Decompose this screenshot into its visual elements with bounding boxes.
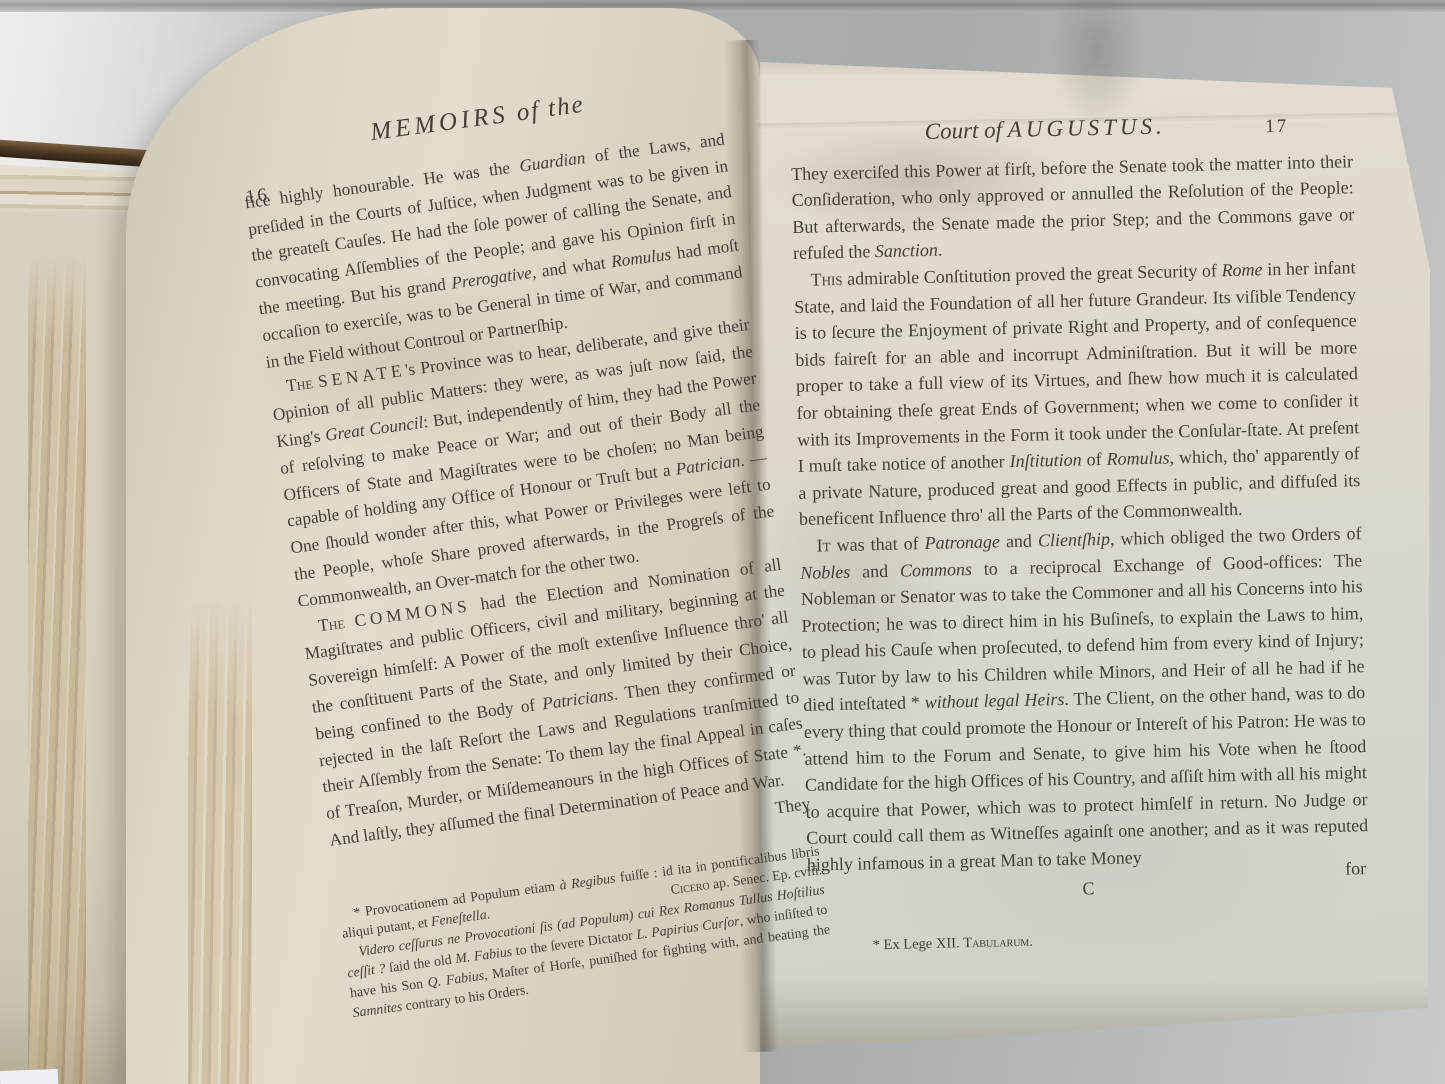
text-segment: Patricians: [541, 685, 615, 713]
text-segment: Romulus: [610, 245, 672, 272]
text-segment: Patronage: [924, 531, 1000, 553]
text-segment: Patrician: [675, 452, 742, 479]
catchword-right: for: [1345, 855, 1367, 882]
text-segment: Sanction: [875, 240, 938, 261]
right-page-body: They exerciſed this Power at firſt, befo…: [791, 148, 1369, 879]
left-page-body: fice highly honourable. He was the Guard…: [243, 126, 811, 854]
text-segment: of: [1081, 449, 1106, 470]
text-segment: Inſtitution: [1009, 450, 1081, 472]
text-segment: à Regibus: [558, 870, 616, 892]
text-segment: Clientſhip: [1038, 529, 1110, 551]
text-segment: without legal Heirs: [924, 689, 1064, 712]
text-segment: .: [1156, 114, 1162, 139]
fore-edge-band: [28, 255, 86, 1084]
text-segment: .: [938, 240, 943, 260]
text-segment: Q. Fabius: [427, 967, 485, 989]
text-segment: Rome: [1221, 259, 1262, 280]
signature-mark: C: [1082, 878, 1094, 898]
text-segment: .: [1029, 934, 1033, 950]
text-segment: AUGUSTUS: [1007, 114, 1156, 142]
text-segment: Tabularum: [963, 934, 1029, 951]
text-segment: admirable Conſtitution proved the great …: [842, 260, 1221, 289]
text-segment: was that of: [830, 533, 925, 555]
text-segment: Commons: [900, 558, 972, 580]
text-segment: Prerogative: [450, 263, 533, 293]
text-segment: Cicero: [670, 877, 711, 897]
text-segment: Nobles: [800, 561, 850, 582]
page-number-right: 17: [1265, 114, 1289, 141]
paper-chip: [0, 1069, 58, 1084]
text-segment: * Ex Lege XII.: [873, 936, 964, 954]
text-segment: .: [486, 907, 491, 922]
text-segment: Guardian: [518, 148, 586, 176]
text-segment: The: [317, 613, 346, 635]
page-number-left: 16: [244, 182, 270, 212]
text-segment: It: [816, 535, 830, 555]
paragraph: It was that of Patronage and Clientſhip,…: [799, 520, 1369, 878]
text-segment: in her infant State, and laid the Founda…: [794, 257, 1359, 476]
text-segment: The: [285, 373, 314, 395]
text-segment: Romulus: [1106, 448, 1169, 469]
text-segment: and: [1000, 530, 1038, 551]
text-segment: M. Fabius: [454, 944, 513, 966]
text-segment: , which obliged the two Orders of: [1110, 523, 1362, 549]
text-segment: Great Council: [324, 413, 425, 445]
text-segment: Samnites: [352, 998, 403, 1019]
text-segment: This: [810, 269, 842, 290]
right-page-text: Court of AUGUSTUS. 17 They exerciſed thi…: [790, 109, 1371, 960]
text-segment: Court of: [924, 117, 1008, 144]
paragraph: They exerciſed this Power at firſt, befo…: [791, 148, 1355, 267]
fore-edge-band: [188, 598, 252, 1084]
text-segment: and: [850, 560, 900, 581]
paragraph: This admirable Conſtitution proved the g…: [793, 254, 1361, 533]
text-segment: , and what: [530, 253, 612, 282]
table-seam: [0, 0, 1445, 12]
